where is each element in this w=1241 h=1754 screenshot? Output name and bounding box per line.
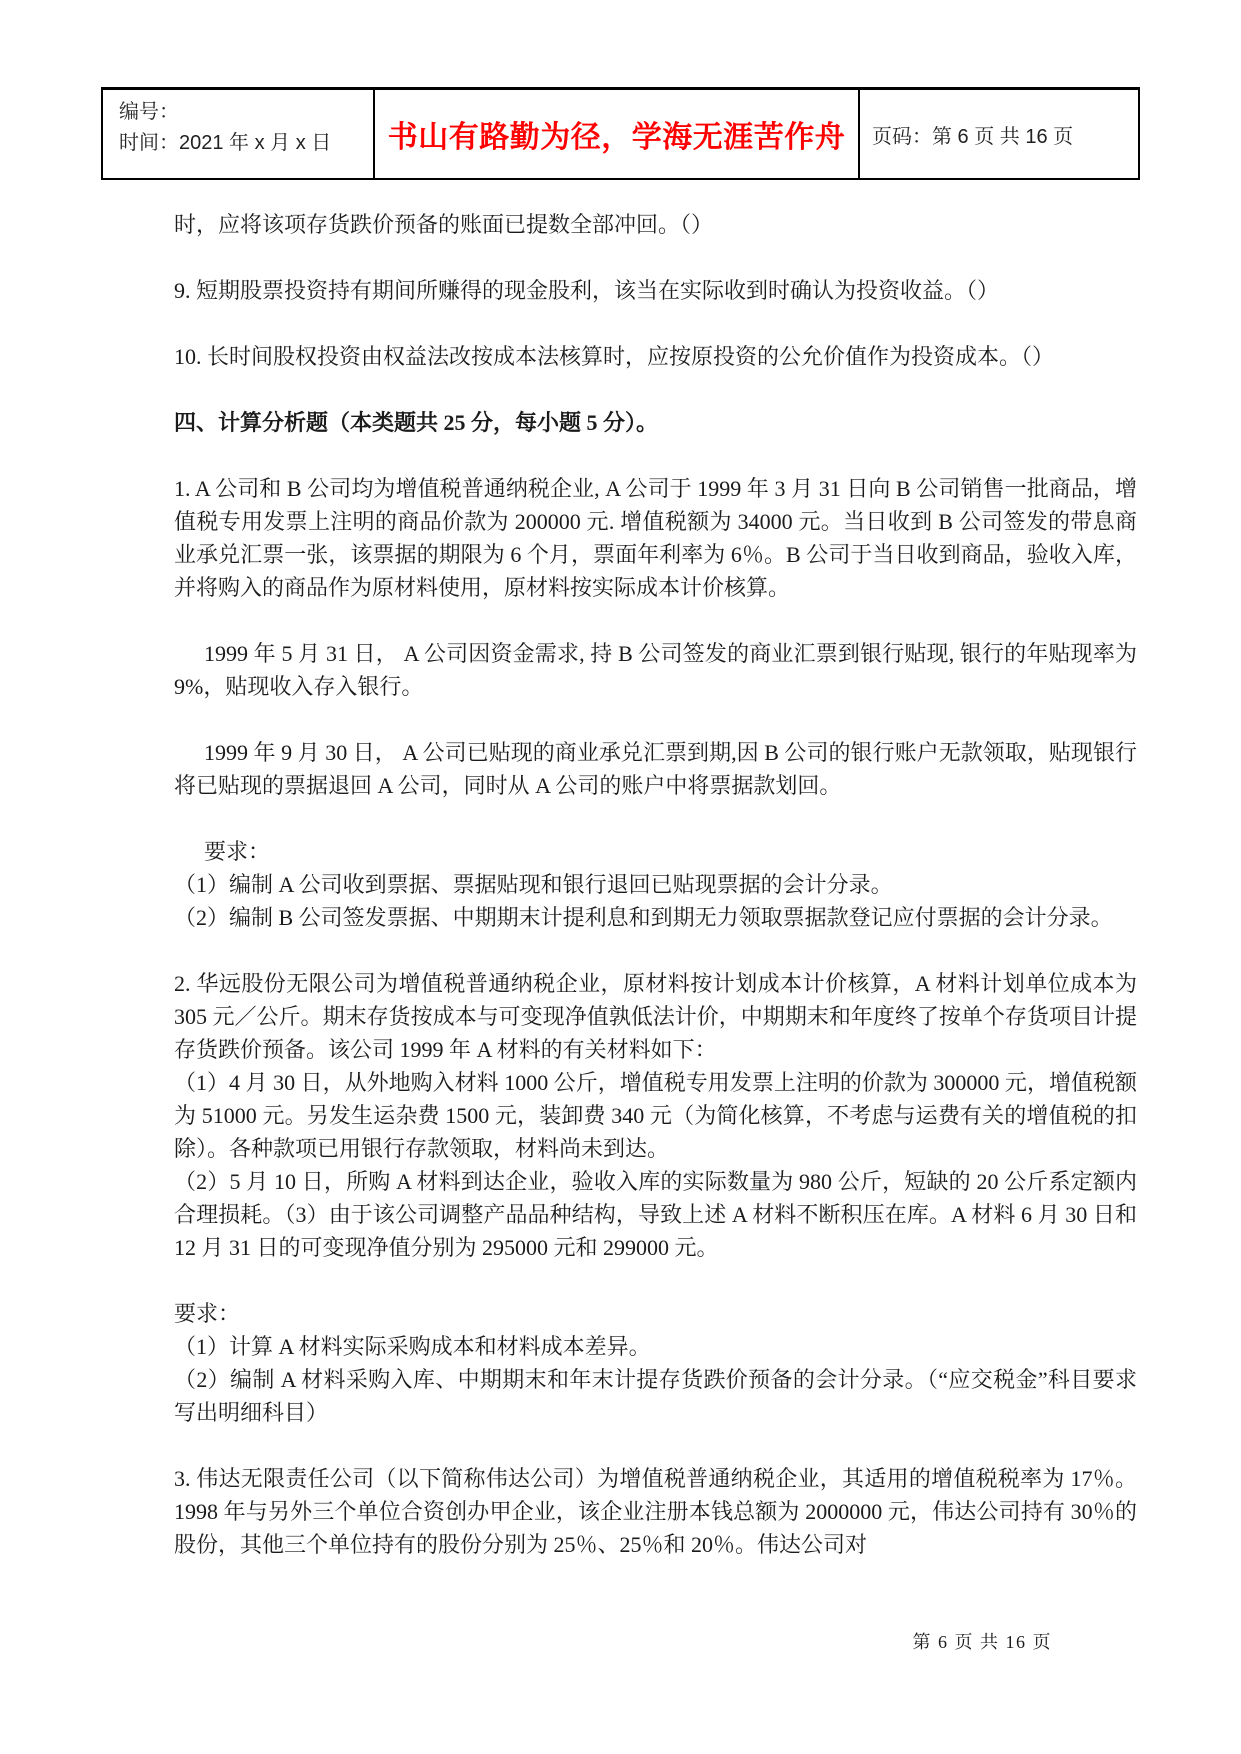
document-page: 编号： 时间：2021 年 x 月 x 日 书山有路勤为径，学海无涯苦作舟 页码… xyxy=(0,0,1241,1754)
document-body: 时，应将该项存货跌价预备的账面已提数全部冲回。（） 9. 短期股票投资持有期间所… xyxy=(174,208,1137,1561)
problem-2-text: 2. 华远股份无限公司为增值税普通纳税企业，原材料按计划成本计价核算，A 材料计… xyxy=(174,967,1137,1066)
requirement-2-2: （2）编制 A 材料采购入库、中期期末和年末计提存货跌价预备的会计分录。（“应交… xyxy=(174,1363,1137,1429)
slogan-text: 书山有路勤为径，学海无涯苦作舟 xyxy=(388,112,846,156)
header-page-cell: 页码：第 6 页 共 16 页 xyxy=(860,90,1138,178)
problem-2-item-2: （2）5 月 10 日，所购 A 材料到达企业，验收入库的实际数量为 980 公… xyxy=(174,1165,1137,1264)
page-footer: 第 6 页 共 16 页 xyxy=(0,1628,1052,1654)
header-slogan-cell: 书山有路勤为径，学海无涯苦作舟 xyxy=(373,90,860,178)
requirements-label-1: 要求： xyxy=(174,835,1137,868)
requirement-2-1: （1）计算 A 材料实际采购成本和材料成本差异。 xyxy=(174,1330,1137,1363)
page-number-label: 页码：第 6 页 共 16 页 xyxy=(872,120,1073,149)
problem-1-text: 1. A 公司和 B 公司均为增值税普通纳税企业, A 公司于 1999 年 3… xyxy=(174,472,1137,604)
tf-question-8-continuation: 时，应将该项存货跌价预备的账面已提数全部冲回。（） xyxy=(174,208,1137,241)
requirement-1-1: （1）编制 A 公司收到票据、票据贴现和银行退回已贴现票据的会计分录。 xyxy=(174,868,1137,901)
tf-question-9: 9. 短期股票投资持有期间所赚得的现金股利，该当在实际收到时确认为投资收益。（） xyxy=(174,274,1137,307)
tf-question-10: 10. 长时间股权投资由权益法改按成本法核算时，应按原投资的公允价值作为投资成本… xyxy=(174,340,1137,373)
header-info-table: 编号： 时间：2021 年 x 月 x 日 书山有路勤为径，学海无涯苦作舟 页码… xyxy=(101,87,1140,180)
header-number-cell: 编号： 时间：2021 年 x 月 x 日 xyxy=(103,90,373,178)
time-label: 时间：2021 年 x 月 x 日 xyxy=(119,128,367,159)
problem-2-item-1: （1）4 月 30 日，从外地购入材料 1000 公斤，增值税专用发票上注明的价… xyxy=(174,1066,1137,1165)
section-heading: 四、计算分析题（本类题共 25 分，每小题 5 分）。 xyxy=(174,406,1137,439)
number-label: 编号： xyxy=(119,97,367,128)
problem-3-text: 3. 伟达无限责任公司（以下简称伟达公司）为增值税普通纳税企业，其适用的增值税税… xyxy=(174,1462,1137,1561)
requirements-label-2: 要求： xyxy=(174,1297,1137,1330)
problem-1-note-september: 1999 年 9 月 30 日， A 公司已贴现的商业承兑汇票到期,因 B 公司… xyxy=(174,736,1137,802)
requirement-1-2: （2）编制 B 公司签发票据、中期期末计提利息和到期无力领取票据款登记应付票据的… xyxy=(174,901,1137,934)
problem-1-note-may: 1999 年 5 月 31 日， A 公司因资金需求, 持 B 公司签发的商业汇… xyxy=(174,637,1137,703)
